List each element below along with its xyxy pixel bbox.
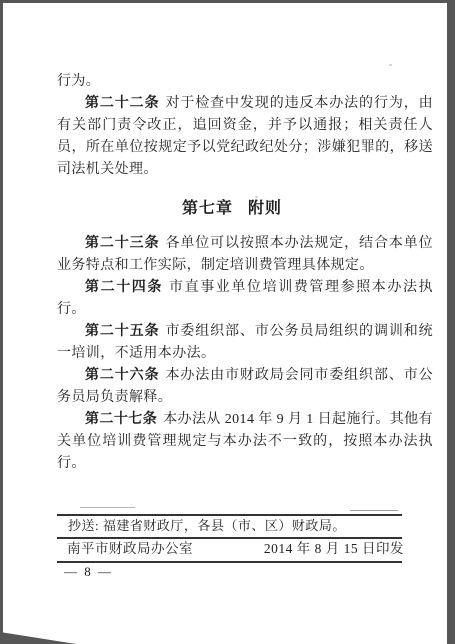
- article-paragraph-26: 第二十六条本办法由市财政局会同市委组织部、市公务员局负责解释。: [57, 365, 433, 409]
- article-label: 第二十七条: [85, 412, 157, 427]
- issuing-office: 南平市财政局办公室: [67, 541, 193, 557]
- scan-speck: [389, 64, 392, 66]
- article-paragraph-27: 第二十七条本办法从 2014 年 9 月 1 日起施行。其他有关单位培训费管理规…: [57, 409, 433, 475]
- article-label: 第二十三条: [85, 236, 159, 251]
- document-body: 行为。 第二十二条对于检查中发现的违反本办法的行为，由有关部门责令改正，追回资金…: [57, 71, 433, 475]
- print-date: 2014 年 8 月 15 日印发: [264, 541, 404, 557]
- article-paragraph-23: 第二十三条各单位可以按照本办法规定，结合本单位业务特点和工作实际，制定培训费管理…: [57, 233, 433, 277]
- article-label: 第二十五条: [85, 324, 159, 339]
- copy-to-note: 抄送: 福建省财政厅，各县（市、区）财政局。: [68, 518, 346, 534]
- footer-rule-bottom: [57, 561, 402, 563]
- scan-edge-top: [0, 0, 455, 3]
- article-label: 第二十四条: [85, 280, 163, 295]
- scan-rule-artifact: [80, 507, 135, 508]
- continuation-paragraph: 行为。: [57, 71, 433, 93]
- article-paragraph-25: 第二十五条市委组织部、市公务员局组织的调训和统一培训，不适用本办法。: [57, 321, 433, 365]
- scan-edge-right: [447, 0, 455, 644]
- footer-rule-top: [57, 514, 402, 516]
- scan-rule-artifact: [350, 510, 398, 511]
- chapter-title: 附则: [248, 200, 282, 217]
- article-paragraph-22: 第二十二条对于检查中发现的违反本办法的行为，由有关部门责令改正，追回资金，并予以…: [57, 93, 433, 181]
- article-label: 第二十六条: [85, 368, 159, 383]
- article-paragraph-24: 第二十四条市直事业单位培训费管理参照本办法执行。: [57, 277, 433, 321]
- page-number: — 8 —: [64, 564, 113, 580]
- article-label: 第二十二条: [85, 96, 159, 111]
- chapter-label: 第七章: [182, 200, 233, 217]
- scan-corner-shadow: [0, 632, 76, 644]
- footer-rule-middle: [57, 537, 402, 539]
- chapter-heading: 第七章附则: [57, 198, 433, 220]
- continuation-text: 行为。: [57, 74, 100, 89]
- scan-edge-left: [0, 0, 3, 644]
